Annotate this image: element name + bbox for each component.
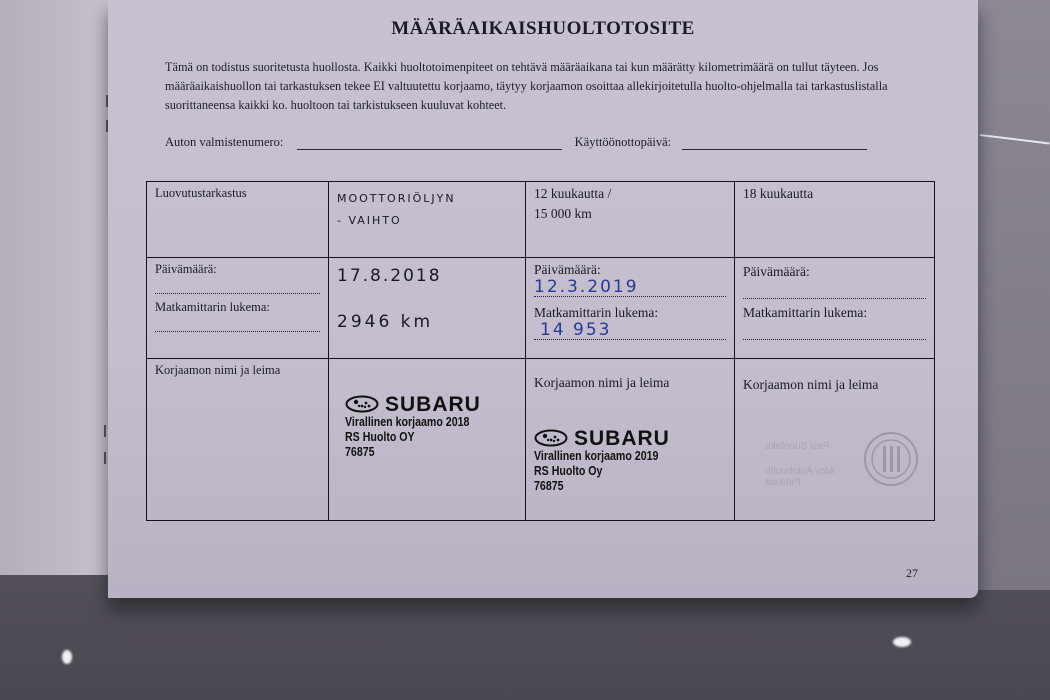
table-row: Päivämäärä: Matkamittarin lukema: 17.8.2… xyxy=(147,257,935,358)
cell-delivery-header: Luovutustarkastus xyxy=(147,182,329,258)
date-field[interactable] xyxy=(155,277,320,294)
mileage-label: Matkamittarin lukema: xyxy=(743,305,926,321)
booklet-page: MÄÄRÄAIKAISHUOLTOTOSITE Tämä on todistus… xyxy=(108,0,978,598)
cell-handwritten-readings: 17.8.2018 2946 km xyxy=(329,257,526,358)
cell-18m-header: 18 kuukautta xyxy=(735,182,935,258)
light-reflection xyxy=(62,650,72,664)
showthrough-line: Pirkkala xyxy=(765,477,835,488)
cell-delivery-workshop: Korjaamon nimi ja leima xyxy=(147,359,329,521)
column-header: 18 kuukautta xyxy=(743,186,813,201)
table-row: Luovutustarkastus MOOTTORIÖLJYN - VAIHTO… xyxy=(147,182,935,258)
handwritten-mileage[interactable]: 14 953 xyxy=(534,321,726,340)
handwritten-date[interactable]: 12.3.2019 xyxy=(534,278,726,297)
page-number: 27 xyxy=(906,566,918,581)
stamp-brand: SUBARU xyxy=(385,397,481,412)
left-page xyxy=(0,0,110,575)
mileage-label: Matkamittarin lukema: xyxy=(534,305,726,321)
intro-paragraph: Tämä on todistus suoritetusta huollosta.… xyxy=(165,58,945,115)
date-label: Päivämäärä: xyxy=(155,262,320,277)
stamp-line: RS Huolto OY xyxy=(345,430,491,445)
vin-field[interactable] xyxy=(297,137,562,150)
workshop-stamp-2019: SUBARU Virallinen korjaamo 2019 RS Huolt… xyxy=(534,429,726,494)
showthrough-seal-icon xyxy=(863,431,919,487)
staple xyxy=(106,120,108,132)
workshop-stamp-2018: SUBARU Virallinen korjaamo 2018 RS Huolt… xyxy=(345,395,517,460)
subaru-logo-icon xyxy=(345,395,379,413)
staple xyxy=(106,95,108,107)
page-title: MÄÄRÄAIKAISHUOLTOTOSITE xyxy=(108,18,978,40)
date-label: Päivämäärä: xyxy=(743,264,926,280)
cell-handwritten-header: MOOTTORIÖLJYN - VAIHTO xyxy=(329,182,526,258)
workshop-label: Korjaamon nimi ja leima xyxy=(534,375,726,391)
cell-12m-workshop: Korjaamon nimi ja leima SUBARU Viralline… xyxy=(526,359,735,521)
background-surface xyxy=(975,0,1050,590)
handwritten-mileage: 2946 km xyxy=(337,312,517,332)
staple xyxy=(104,452,106,464)
stamp-line: Virallinen korjaamo 2018 xyxy=(345,415,491,430)
subaru-logo-icon xyxy=(534,429,568,447)
showthrough-stamp: Pasi Suontaka Atoy Autohuolto Pirkkala xyxy=(765,441,835,488)
commission-date-label: Käyttöönottopäivä: xyxy=(575,135,672,149)
mileage-field[interactable] xyxy=(743,321,926,340)
stamp-line: RS Huolto Oy xyxy=(534,464,697,479)
handwritten-date: 17.8.2018 xyxy=(337,266,517,286)
cell-12m-readings: Päivämäärä: 12.3.2019 Matkamittarin luke… xyxy=(526,257,735,358)
light-reflection xyxy=(893,637,911,647)
stamp-line: Virallinen korjaamo 2019 xyxy=(534,449,697,464)
column-header: Luovutustarkastus xyxy=(155,186,247,200)
vin-label: Auton valmistenumero: xyxy=(165,135,283,149)
mileage-label: Matkamittarin lukema: xyxy=(155,300,320,315)
service-record-table: Luovutustarkastus MOOTTORIÖLJYN - VAIHTO… xyxy=(146,181,935,521)
vehicle-fields: Auton valmistenumero: Käyttöönottopäivä: xyxy=(165,135,965,150)
date-field[interactable] xyxy=(743,280,926,299)
mileage-field[interactable] xyxy=(155,315,320,332)
cell-12m-header: 12 kuukautta / 15 000 km xyxy=(526,182,735,258)
column-header: 12 kuukautta / xyxy=(534,186,726,202)
date-label: Päivämäärä: xyxy=(534,262,726,278)
cell-stamp-2018: SUBARU Virallinen korjaamo 2018 RS Huolt… xyxy=(329,359,526,521)
table-row: Korjaamon nimi ja leima SUBARU Viralline… xyxy=(147,359,935,521)
commission-date-field[interactable] xyxy=(682,137,867,150)
cell-delivery-readings: Päivämäärä: Matkamittarin lukema: xyxy=(147,257,329,358)
cell-18m-workshop: Korjaamon nimi ja leima Pasi Suontaka At… xyxy=(735,359,935,521)
stamp-line: 76875 xyxy=(345,445,491,460)
showthrough-line: Pasi Suontaka xyxy=(765,441,835,452)
showthrough-line: Atoy Autohuolto xyxy=(765,466,835,477)
stamp-line: 76875 xyxy=(534,479,697,494)
staple xyxy=(104,425,106,437)
handwritten-service-note: MOOTTORIÖLJYN - VAIHTO xyxy=(337,188,467,232)
workshop-label: Korjaamon nimi ja leima xyxy=(743,377,926,393)
column-header-km: 15 000 km xyxy=(534,206,726,222)
stamp-brand: SUBARU xyxy=(574,431,670,446)
cell-18m-readings: Päivämäärä: Matkamittarin lukema: xyxy=(735,257,935,358)
workshop-label: Korjaamon nimi ja leima xyxy=(155,363,320,378)
